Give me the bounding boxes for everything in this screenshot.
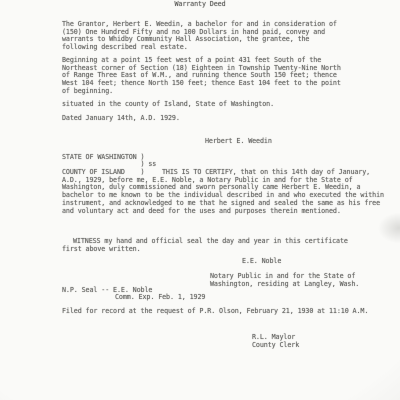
legal-description-paragraph: Beginning at a point 15 feet west of a p… (62, 57, 342, 96)
scanned-warranty-deed-page: Warranty Deed The Grantor, Herbert E. We… (0, 0, 400, 400)
certify-paragraph: THIS IS TO CERTIFY, that on this 14th da… (62, 169, 390, 215)
filed-for-record-line: Filed for record at the request of P.R. … (62, 308, 368, 316)
witness-paragraph: WITNESS my hand and official seal the da… (62, 238, 364, 253)
commission-expiry-line: Comm. Exp. Feb. 1, 1929 (115, 294, 205, 302)
notary-title: Notary Public in and for the State of Wa… (210, 273, 374, 288)
grantor-signature: Herbert E. Weedin (205, 138, 272, 146)
dated-line: Dated January 14th, A.D. 1929. (62, 115, 180, 123)
grantor-paragraph: The Grantor, Herbert E. Weedin, a bachel… (62, 21, 342, 52)
clerk-title: County Clerk (252, 342, 299, 350)
situated-line: situated in the county of Island, State … (62, 101, 274, 109)
document-title: Warranty Deed (0, 1, 400, 9)
notary-signature: E.E. Noble (242, 258, 281, 266)
